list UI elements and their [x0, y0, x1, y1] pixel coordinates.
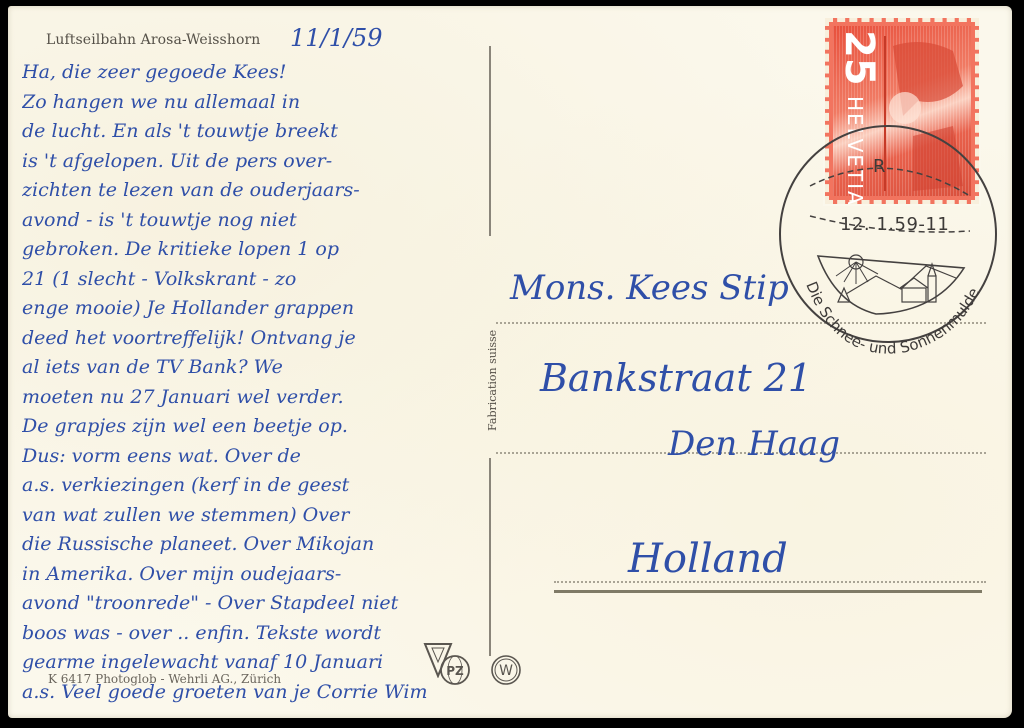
- message-line: enge mooie) Je Hollander grappen: [22, 294, 477, 324]
- fabrication-label: Fabrication suisse: [486, 330, 499, 431]
- message-line: is 't afgelopen. Uit de pers over-: [22, 147, 477, 177]
- svg-text:Die Schnee- und Sonnenmulde: Die Schnee- und Sonnenmulde: [802, 279, 983, 358]
- handwritten-date: 11/1/59: [290, 24, 383, 52]
- message-line: al iets van de TV Bank? We: [22, 353, 477, 383]
- center-divider: [489, 46, 491, 236]
- publisher-title: Luftseilbahn Arosa-Weisshorn: [46, 32, 260, 48]
- message-line: van wat zullen we stemmen) Over: [22, 501, 477, 531]
- message-line: 21 (1 slecht - Volkskrant - zo: [22, 265, 477, 295]
- handwritten-message: Ha, die zeer gegoede Kees! Zo hangen we …: [22, 58, 477, 707]
- pz-logo-icon: PZ: [439, 654, 471, 686]
- message-line: die Russische planeet. Over Mikojan: [22, 530, 477, 560]
- w-logo-icon: W: [490, 654, 522, 686]
- postmark-town: R: [873, 156, 900, 177]
- address-city: Den Haag: [668, 424, 840, 464]
- svg-text:W: W: [499, 663, 513, 679]
- message-line: avond "troonrede" - Over Stapdeel niet: [22, 589, 477, 619]
- postmark-date: 12. 1.59-11: [840, 214, 949, 235]
- svg-text:PZ: PZ: [446, 664, 464, 678]
- message-line: in Amerika. Over mijn oudejaars-: [22, 560, 477, 590]
- message-line: Ha, die zeer gegoede Kees!: [22, 58, 477, 88]
- message-line: zichten te lezen van de ouderjaars-: [22, 176, 477, 206]
- message-line: de lucht. En als 't touwtje breekt: [22, 117, 477, 147]
- message-line: gebroken. De kritieke lopen 1 op: [22, 235, 477, 265]
- message-line: moeten nu 27 Januari wel verder.: [22, 383, 477, 413]
- message-line: a.s. verkiezingen (kerf in de geest: [22, 471, 477, 501]
- message-line: Dus: vorm eens wat. Over de: [22, 442, 477, 472]
- message-line: deed het voortreffelijk! Ontvang je: [22, 324, 477, 354]
- stamp-value: 25: [839, 30, 879, 86]
- message-line: avond - is 't touwtje nog niet: [22, 206, 477, 236]
- message-line: De grapjes zijn wel een beetje op.: [22, 412, 477, 442]
- address-country: Holland: [628, 536, 788, 582]
- footer-credit: K 6417 Photoglob - Wehrli AG., Zürich: [48, 672, 281, 686]
- address-street: Bankstraat 21: [540, 356, 812, 400]
- postmark-slogan-arc: Die Schnee- und Sonnenmulde: [796, 274, 986, 364]
- center-divider: [489, 458, 491, 656]
- postcard: Luftseilbahn Arosa-Weisshorn 11/1/59 Ha,…: [8, 6, 1012, 718]
- address-underline: [554, 590, 982, 593]
- message-line: Zo hangen we nu allemaal in: [22, 88, 477, 118]
- postmark-slogan: Die Schnee- und Sonnenmulde: [802, 279, 983, 358]
- address-name: Mons. Kees Stip: [510, 268, 789, 308]
- message-line: boos was - over .. enfin. Tekste wordt: [22, 619, 477, 649]
